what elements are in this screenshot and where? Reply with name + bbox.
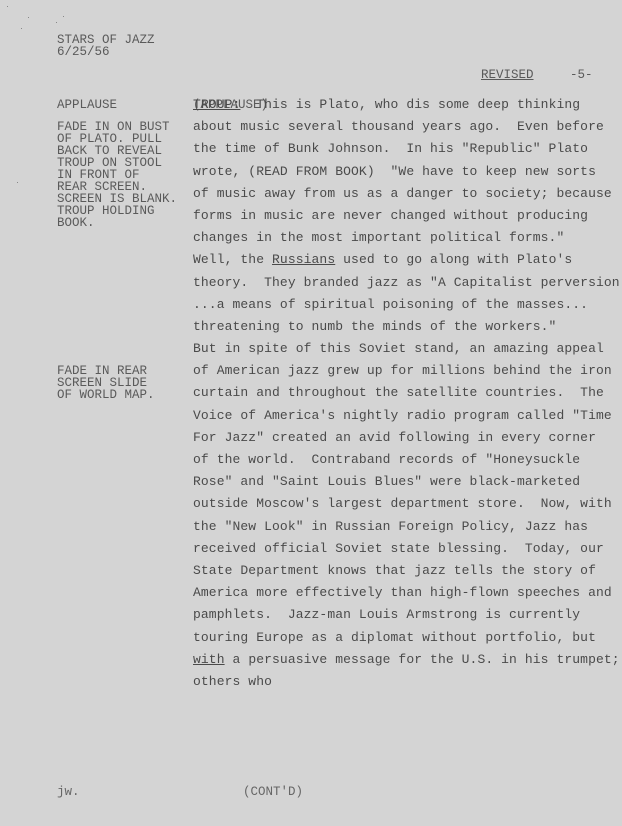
dialogue-line: Well, the Russians used to go along with… — [193, 249, 613, 271]
dialogue-line: ...a means of spiritual poisoning of the… — [193, 294, 613, 316]
continued-mark: (CONT'D) — [243, 785, 303, 799]
dialogue-line: For Jazz" created an avid following in e… — [193, 427, 613, 449]
dialogue-line: about music several thousand years ago. … — [193, 116, 613, 138]
paper-speck — [63, 16, 64, 17]
paper-speck — [21, 28, 22, 29]
underlined-with: with — [193, 652, 225, 667]
dialogue-line: America more effectively than high-flown… — [193, 582, 613, 604]
speaker-name: TROUP: — [193, 97, 240, 112]
page-number: -5- — [570, 68, 593, 82]
dialogue-line: with a persuasive message for the U.S. i… — [193, 649, 613, 671]
underlined-russians: Russians — [272, 252, 335, 267]
dialogue-line: touring Europe as a diplomat without por… — [193, 627, 613, 649]
dialogue-line: threatening to numb the minds of the wor… — [193, 316, 613, 338]
paper-speck — [17, 182, 18, 183]
dialogue-line: others who — [193, 671, 613, 693]
dialogue-line: received official Soviet state blessing.… — [193, 538, 613, 560]
dialogue-line: pamphlets. Jazz-man Louis Armstrong is c… — [193, 604, 613, 626]
dialogue-line: of the world. Contraband records of "Hon… — [193, 449, 613, 471]
dialogue-line: of American jazz grew up for millions be… — [193, 360, 613, 382]
dialogue-line: But in spite of this Soviet stand, an am… — [193, 338, 613, 360]
video-cue-plato: FADE IN ON BUST OF PLATO. PULL BACK TO R… — [57, 121, 177, 229]
video-cue-world-map: FADE IN REAR SCREEN SLIDE OF WORLD MAP. — [57, 365, 155, 401]
dialogue-line: outside Moscow's largest department stor… — [193, 493, 613, 515]
typist-initials: jw. — [57, 785, 80, 799]
dialogue-block: TROUP: This is Plato, who dis some deep … — [193, 94, 613, 693]
dialogue-line: Voice of America's nightly radio program… — [193, 405, 613, 427]
paper-speck — [28, 17, 29, 18]
dialogue-line: of music away from us as a danger to soc… — [193, 183, 613, 205]
script-page: STARS OF JAZZ 6/25/56 REVISED -5- APPLAU… — [0, 0, 622, 826]
dialogue-line: changes in the most important political … — [193, 227, 613, 249]
revision-mark: REVISED — [481, 68, 534, 82]
dialogue-line: theory. They branded jazz as "A Capitali… — [193, 272, 613, 294]
dialogue-line: Rose" and "Saint Louis Blues" were black… — [193, 471, 613, 493]
dialogue-line: TROUP: This is Plato, who dis some deep … — [193, 94, 613, 116]
paper-speck — [56, 22, 57, 23]
dialogue-line: curtain and throughout the satellite cou… — [193, 382, 613, 404]
paper-speck — [7, 6, 8, 7]
dialogue-line: forms in music are never changed without… — [193, 205, 613, 227]
dialogue-line: the time of Bunk Johnson. In his "Republ… — [193, 138, 613, 160]
dialogue-line: the "New Look" in Russian Foreign Policy… — [193, 516, 613, 538]
script-date: 6/25/56 — [57, 46, 110, 58]
dialogue-line: State Department knows that jazz tells t… — [193, 560, 613, 582]
video-cue-applause: APPLAUSE — [57, 98, 117, 112]
dialogue-line: wrote, (READ FROM BOOK) "We have to keep… — [193, 161, 613, 183]
